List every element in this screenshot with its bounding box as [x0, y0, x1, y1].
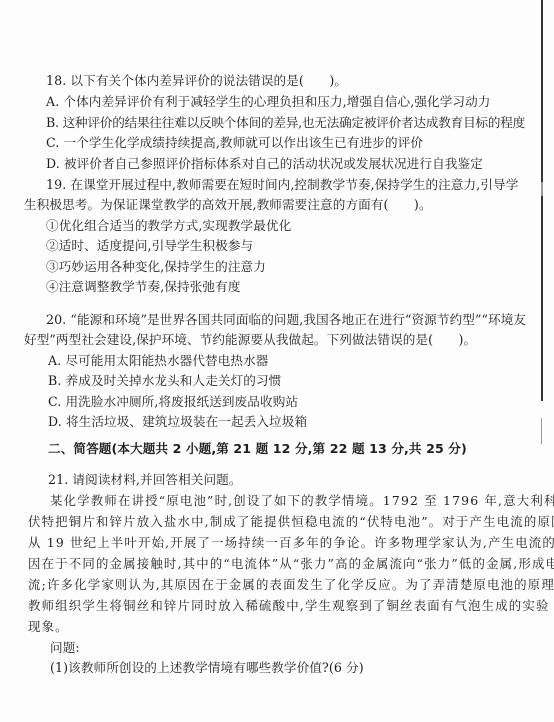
q21-sub-question-1: (1)该教师所创设的上述教学情境有哪些教学价值?(6 分) — [50, 660, 364, 676]
q18-option-b: B. 这种评价的结果往往难以反映个体间的差异,也无法确定被评价者达成教育目标的程… — [46, 115, 525, 131]
section-heading: 二、简答题(本大题共 2 小题,第 21 题 12 分,第 22 题 13 分,… — [48, 441, 467, 457]
scan-edge-line — [541, 0, 543, 182]
q18-option-c: C. 一个学生化学成绩持续提高,教师就可以作出该生已有进步的评价 — [46, 135, 423, 151]
q18-stem: 18. 以下有关个体内差异评价的说法错误的是( )。 — [46, 73, 347, 89]
q21-material-line: 从 19 世纪上半叶开始,开展了一场持续一百多年的争论。许多物理学家认为,产生电… — [28, 535, 554, 551]
q19-item-3: ③巧妙运用各种变化,保持学生的注意力 — [46, 259, 266, 275]
q21-material-line: 伏特把铜片和锌片放入盐水中,制成了能提供恒稳电流的“伏特电池”。对于产生电流的原… — [28, 514, 554, 530]
scan-edge-line — [541, 196, 543, 401]
q20-option-c: C. 用洗脸水冲厕所,将废报纸送到废品收购站 — [48, 394, 298, 410]
q21-material-line: 流;许多化学家则认为,其原因在于金属的表面发生了化学反应。为了弄清楚原电池的原理… — [28, 577, 554, 593]
q20-option-a: A. 尽可能用太阳能热水器代替电热水器 — [48, 353, 269, 369]
q19-item-4-visible: ④注意调整教学节奏,保持张弛有度 — [46, 279, 241, 295]
q19-item-1: ①优化组合适当的教学方式,实现教学最优化 — [46, 218, 291, 234]
q20-stem-line1: 20. “能源和环境”是世界各国共同面临的问题,我国各地正在进行“资源节约型”“… — [46, 312, 526, 328]
q19-stem-line1: 19. 在课堂开展过程中,教师需要在短时间内,控制教学节奏,保持学生的注意力,引… — [46, 177, 518, 193]
q20-stem-line2: 好型”两型社会建设,保护环境、节约能源要从我做起。下列做法错误的是( )。 — [24, 332, 476, 348]
scan-edge-line — [541, 182, 543, 196]
q19-item-2: ②适时、适度提问,引导学生积极参与 — [46, 238, 253, 254]
q18-option-a: A. 个体内差异评价有利于减轻学生的心理负担和压力,增强自信心,强化学习动力 — [46, 94, 491, 110]
q21-material-line: 因在于不同的金属接触时,其中的“电流体”从“张力”高的金属流向“张力”低的金属,… — [28, 556, 554, 572]
q20-option-d: D. 将生活垃圾、建筑垃圾装在一起丢入垃圾箱 — [48, 414, 307, 430]
q21-material-line: 现象。 — [28, 619, 69, 635]
q19-stem-line2: 生积极思考。为保证课堂教学的高效开展,教师需要注意的方面有( )。 — [24, 197, 432, 213]
scan-edge-line — [541, 418, 542, 444]
q20-option-b: B. 养成及时关掉水龙头和人走关灯的习惯 — [48, 373, 281, 389]
q18-option-d: D. 被评价者自己参照评价指标体系对自己的活动状况或发展状况进行自我鉴定 — [46, 156, 483, 172]
q21-material-line: 教师组织学生将铜丝和锌片同时放入稀硫酸中,学生观察到了铜丝表面有气泡生成的实验 — [28, 598, 550, 614]
q21-stem: 21. 请阅读材料,并回答相关问题。 — [48, 472, 242, 488]
q21-material-line: 某化学教师在讲授“原电池”时,创设了如下的教学情境。1792 至 1796 年,… — [50, 493, 554, 509]
exam-page: 18. 以下有关个体内差异评价的说法错误的是( )。 A. 个体内差异评价有利于… — [0, 0, 554, 722]
q21-question-label: 问题: — [50, 640, 80, 656]
